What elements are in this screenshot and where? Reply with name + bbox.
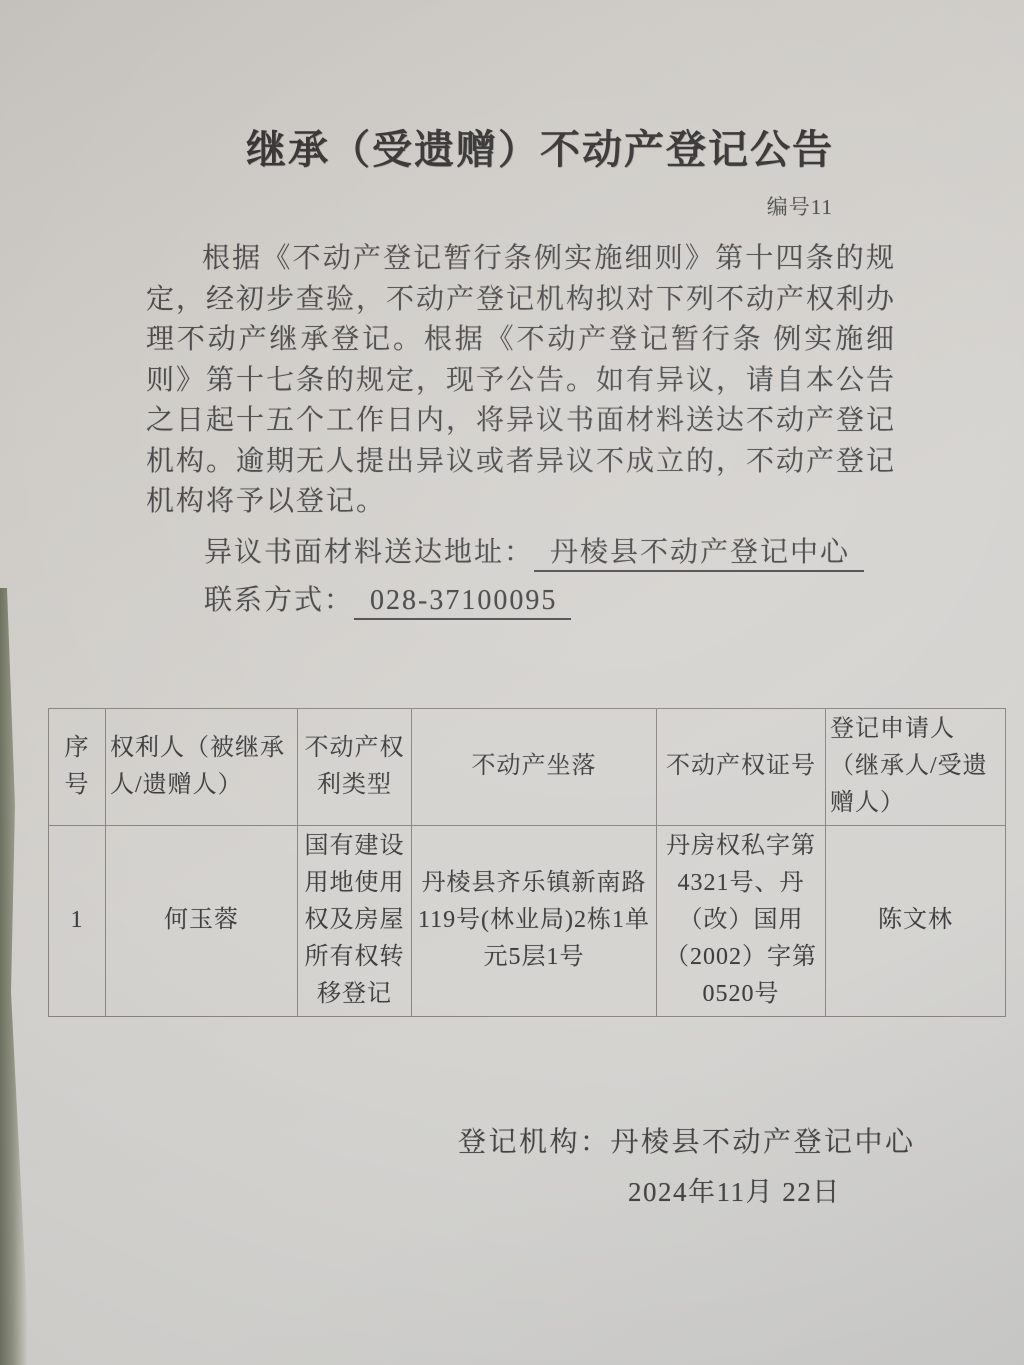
cell-location: 丹棱县齐乐镇新南路119号(林业局)2栋1单元5层1号	[412, 825, 657, 1016]
col-header-cert-no: 不动产权证号	[657, 709, 826, 826]
col-header-location: 不动产坐落	[412, 709, 657, 826]
agency-label: 登记机构：	[458, 1127, 611, 1158]
footer-agency-line: 登记机构：丹棱县不动产登记中心	[458, 1120, 916, 1160]
page-title: 继承（受遗赠）不动产登记公告	[28, 118, 1024, 175]
col-header-right-type: 不动产权利类型	[298, 709, 412, 826]
address-value: 丹棱县不动产登记中心	[534, 537, 864, 572]
col-header-holder: 权利人（被继承人/遗赠人）	[106, 709, 298, 826]
address-line: 异议书面材料送达地址：丹棱县不动产登记中心	[204, 530, 864, 570]
table-header-row: 序号 权利人（被继承人/遗赠人） 不动产权利类型 不动产坐落 不动产权证号 登记…	[49, 709, 1006, 826]
contact-line: 联系方式：028-37100095	[204, 578, 571, 618]
doc-number: 编号11	[767, 191, 833, 221]
cell-holder: 何玉蓉	[106, 825, 298, 1016]
contact-label: 联系方式：	[204, 585, 354, 616]
footer-date: 2024年11月 22日	[628, 1170, 841, 1209]
col-header-seq: 序号	[49, 709, 106, 826]
col-header-applicant: 登记申请人（继承人/受遗赠人）	[826, 709, 1006, 826]
address-label: 异议书面材料送达地址：	[204, 537, 534, 568]
agency-value: 丹棱县不动产登记中心	[611, 1127, 916, 1158]
contact-value: 028-37100095	[354, 585, 571, 620]
cell-seq: 1	[49, 825, 106, 1016]
registration-table: 序号 权利人（被继承人/遗赠人） 不动产权利类型 不动产坐落 不动产权证号 登记…	[48, 708, 1006, 1017]
cell-applicant: 陈文林	[826, 825, 1006, 1016]
document-page: 继承（受遗赠）不动产登记公告 编号11 根据《不动产登记暂行条例实施细则》第十四…	[0, 0, 1024, 1365]
cell-right-type: 国有建设用地使用权及房屋所有权转移登记	[298, 825, 412, 1016]
cell-cert-no: 丹房权私字第4321号、丹（改）国用（2002）字第0520号	[657, 825, 826, 1016]
table-row: 1 何玉蓉 国有建设用地使用权及房屋所有权转移登记 丹棱县齐乐镇新南路119号(…	[49, 825, 1006, 1016]
notice-body-paragraph: 根据《不动产登记暂行条例实施细则》第十四条的规定，经初步查验，不动产登记机构拟对…	[146, 239, 896, 523]
